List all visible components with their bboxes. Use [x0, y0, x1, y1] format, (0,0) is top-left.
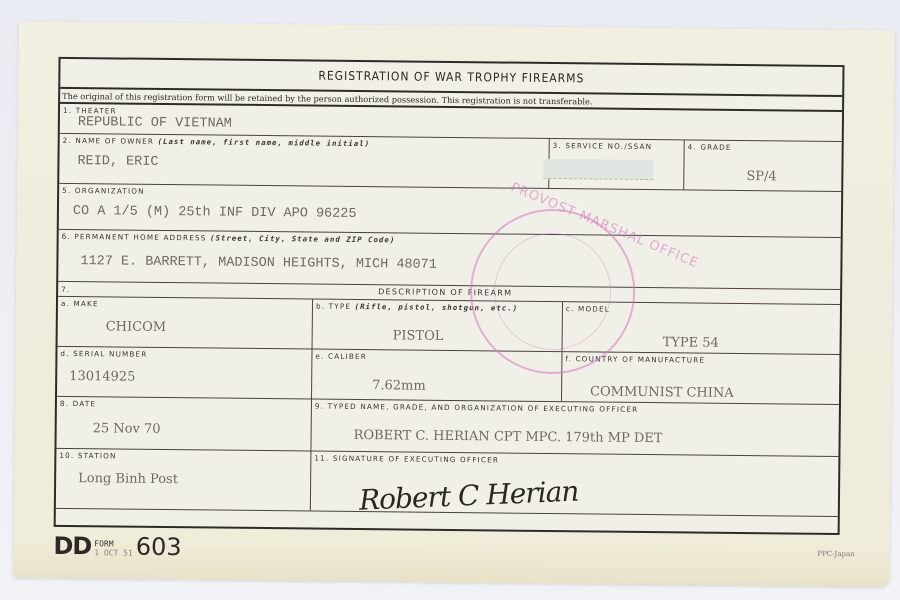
make-value: CHICOM	[106, 319, 166, 335]
form-edition: FORM 1 OCT 51	[94, 539, 133, 557]
make-label: a. MAKE	[61, 299, 99, 308]
owner-name-label: 2. NAME OF OWNER (Last name, first name,…	[63, 136, 371, 148]
organization-row: 5. ORGANIZATION CO A 1/5 (M) 25th INF DI…	[59, 184, 841, 238]
owner-name-field: 2. NAME OF OWNER (Last name, first name,…	[59, 134, 549, 188]
signature-label: 11. SIGNATURE OF EXECUTING OFFICER	[314, 454, 499, 465]
serial-field: d. SERIAL NUMBER 13014925	[57, 347, 312, 399]
station-value: Long Binh Post	[78, 471, 178, 487]
make-field: a. MAKE CHICOM	[58, 297, 313, 349]
form-title: REGISTRATION OF WAR TROPHY FIREARMS	[318, 69, 584, 86]
registration-form: REGISTRATION OF WAR TROPHY FIREARMS The …	[54, 57, 845, 535]
grade-label: 4. GRADE	[688, 142, 732, 151]
home-address-value: 1127 E. BARRETT, MADISON HEIGHTS, MICH 4…	[80, 254, 437, 273]
form-id-footer: DD FORM 1 OCT 51 603	[53, 532, 181, 561]
executing-officer-label: 9. TYPED NAME, GRADE, AND ORGANIZATION O…	[315, 402, 638, 414]
date-label: 8. DATE	[60, 399, 96, 408]
grade-field: 4. GRADE SP/4	[684, 140, 842, 191]
owner-name-value: REID, ERIC	[77, 154, 158, 170]
executing-officer-field: 9. TYPED NAME, GRADE, AND ORGANIZATION O…	[311, 400, 839, 457]
grade-value: SP/4	[746, 169, 776, 184]
date-field: 8. DATE 25 Nov 70	[56, 397, 312, 451]
firearm-row-1: a. MAKE CHICOM b. TYPE (Rifle, pistol, s…	[58, 297, 840, 355]
station-signature-row: 10. STATION Long Binh Post 11. SIGNATURE…	[56, 449, 839, 517]
organization-value: CO A 1/5 (M) 25th INF DIV APO 96225	[73, 204, 357, 222]
serial-label: d. SERIAL NUMBER	[60, 349, 147, 359]
model-label: c. MODEL	[566, 304, 610, 313]
model-field: c. MODEL TYPE 54	[563, 302, 840, 354]
station-label: 10. STATION	[59, 451, 116, 461]
type-value: PISTOL	[393, 328, 444, 344]
type-field: b. TYPE (Rifle, pistol, shotgun, etc.) P…	[313, 300, 563, 352]
country-label: f. COUNTRY OF MANUFACTURE	[565, 354, 705, 364]
station-field: 10. STATION Long Binh Post	[56, 449, 312, 511]
executing-officer-value: ROBERT C. HERIAN CPT MPC. 179th MP DET	[354, 428, 663, 446]
owner-row: 2. NAME OF OWNER (Last name, first name,…	[59, 134, 841, 192]
organization-field: 5. ORGANIZATION CO A 1/5 (M) 25th INF DI…	[59, 184, 841, 237]
theater-value: REPUBLIC OF VIETNAM	[78, 115, 232, 132]
country-field: f. COUNTRY OF MANUFACTURE COMMUNIST CHIN…	[562, 352, 839, 404]
caliber-value: 7.62mm	[372, 378, 426, 394]
model-value: TYPE 54	[663, 335, 719, 351]
officer-signature: Robert C Herian	[358, 475, 579, 517]
redaction-tape	[543, 159, 653, 180]
signature-field: 11. SIGNATURE OF EXECUTING OFFICER Rober…	[311, 452, 839, 517]
theater-label: 1. THEATER	[63, 106, 117, 116]
home-address-field: 6. PERMANENT HOME ADDRESS (Street, City,…	[58, 230, 840, 289]
service-no-label: 3. SERVICE NO./SSAN	[553, 141, 653, 151]
service-no-field: 3. SERVICE NO./SSAN	[549, 139, 685, 189]
organization-label: 5. ORGANIZATION	[62, 186, 145, 196]
serial-value: 13014925	[69, 369, 135, 385]
caliber-label: e. CALIBER	[315, 352, 367, 362]
form-number: 603	[136, 533, 182, 561]
country-value: COMMUNIST CHINA	[590, 384, 734, 401]
description-number: 7.	[61, 285, 70, 294]
date-value: 25 Nov 70	[93, 421, 161, 437]
home-address-label: 6. PERMANENT HOME ADDRESS (Street, City,…	[62, 232, 396, 244]
caliber-field: e. CALIBER 7.62mm	[312, 350, 562, 402]
document-paper: REGISTRATION OF WAR TROPHY FIREARMS The …	[13, 21, 895, 586]
dd-mark: DD	[53, 532, 91, 560]
description-title: DESCRIPTION OF FIREARM	[378, 287, 512, 297]
type-label: b. TYPE (Rifle, pistol, shotgun, etc.)	[316, 302, 536, 314]
firearm-row-2: d. SERIAL NUMBER 13014925 e. CALIBER 7.6…	[57, 347, 839, 405]
form-notice: The original of this registration form w…	[60, 90, 592, 106]
printer-mark: PPC-Japan	[817, 550, 854, 558]
address-row: 6. PERMANENT HOME ADDRESS (Street, City,…	[58, 230, 841, 290]
date-officer-row: 8. DATE 25 Nov 70 9. TYPED NAME, GRADE, …	[56, 397, 839, 457]
